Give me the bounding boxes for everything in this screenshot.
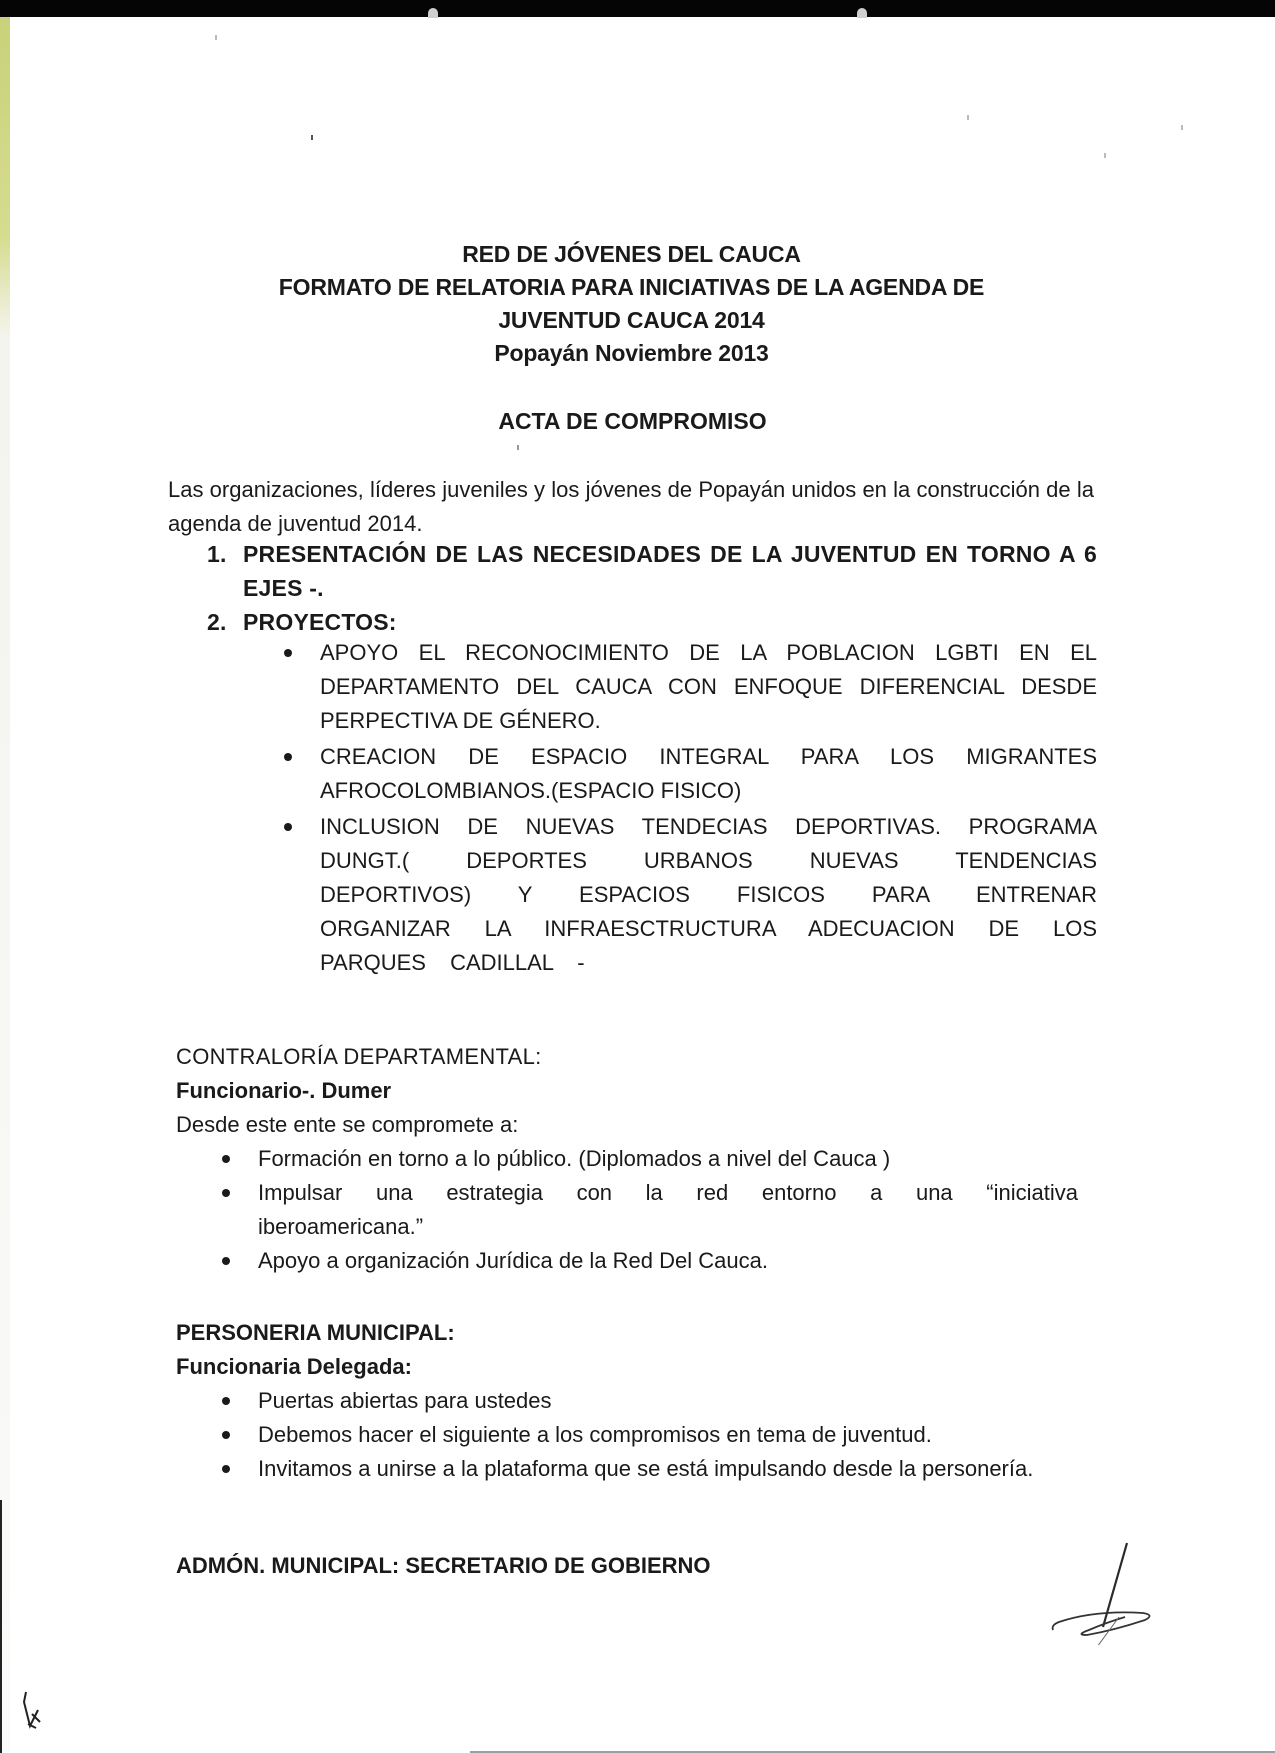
commitment-text: Puertas abiertas para ustedes: [258, 1388, 552, 1413]
section-title: ADMÓN. MUNICIPAL: SECRETARIO DE GOBIERNO: [176, 1549, 1106, 1583]
item-text: PRESENTACIÓN DE LAS NECESIDADES DE LA JU…: [243, 537, 1097, 605]
project-text: CREACION DE ESPACIO INTEGRAL PARA LOS MI…: [320, 744, 1097, 803]
project-text: INCLUSION DE NUEVAS TENDECIAS DEPORTIVAS…: [320, 814, 1097, 975]
numbered-item: 2. PROYECTOS:: [207, 605, 1097, 639]
item-number: 2.: [207, 605, 227, 639]
bullet-icon: [284, 823, 292, 831]
document-header: RED DE JÓVENES DEL CAUCA FORMATO DE RELA…: [0, 238, 1275, 370]
bullet-icon: [222, 1257, 230, 1265]
section-title: CONTRALORÍA DEPARTAMENTAL:: [176, 1040, 1106, 1074]
document-page: RED DE JÓVENES DEL CAUCA FORMATO DE RELA…: [0, 0, 1275, 1753]
commitments-list: Formación en torno a lo público. (Diplom…: [218, 1142, 1078, 1278]
document-title-cont: JUVENTUD CAUCA 2014: [0, 304, 1269, 337]
section-official: Funcionaria Delegada:: [176, 1350, 1106, 1384]
item-number: 1.: [207, 537, 227, 571]
project-item: CREACION DE ESPACIO INTEGRAL PARA LOS MI…: [280, 740, 1097, 808]
commitment-text: Invitamos a unirse a la plataforma que s…: [258, 1456, 1033, 1481]
document-title: FORMATO DE RELATORIA PARA INICIATIVAS DE…: [0, 271, 1269, 304]
projects-list: APOYO EL RECONOCIMIENTO DE LA POBLACION …: [280, 636, 1097, 982]
section-admon-municipal: ADMÓN. MUNICIPAL: SECRETARIO DE GOBIERNO: [176, 1549, 1106, 1583]
bullet-icon: [284, 649, 292, 657]
bullet-icon: [222, 1189, 230, 1197]
place-date: Popayán Noviembre 2013: [0, 337, 1269, 370]
commitment-text: Formación en torno a lo público. (Diplom…: [258, 1146, 890, 1171]
project-item: INCLUSION DE NUEVAS TENDECIAS DEPORTIVAS…: [280, 810, 1097, 980]
commitment-item: Debemos hacer el siguiente a los comprom…: [218, 1418, 1078, 1452]
bullet-icon: [284, 753, 292, 761]
commitment-item: Puertas abiertas para ustedes: [218, 1384, 1078, 1418]
section-title: PERSONERIA MUNICIPAL:: [176, 1316, 1106, 1350]
bullet-icon: [222, 1465, 230, 1473]
bullet-icon: [222, 1431, 230, 1439]
bullet-icon: [222, 1155, 230, 1163]
commitment-text: Debemos hacer el siguiente a los comprom…: [258, 1422, 932, 1447]
initials-icon: [20, 1690, 46, 1732]
section-personeria: PERSONERIA MUNICIPAL: Funcionaria Delega…: [176, 1316, 1106, 1486]
bullet-icon: [222, 1397, 230, 1405]
organization-name: RED DE JÓVENES DEL CAUCA: [0, 238, 1269, 271]
commitments-list: Puertas abiertas para ustedes Debemos ha…: [218, 1384, 1078, 1486]
project-item: APOYO EL RECONOCIMIENTO DE LA POBLACION …: [280, 636, 1097, 738]
section-lead: Desde este ente se compromete a:: [176, 1108, 1106, 1142]
commitment-item: Apoyo a organización Jurídica de la Red …: [218, 1244, 1078, 1278]
commitment-text: Apoyo a organización Jurídica de la Red …: [258, 1248, 768, 1273]
item-text: PROYECTOS:: [243, 605, 1097, 639]
commitment-item: Formación en torno a lo público. (Diplom…: [218, 1142, 1078, 1176]
acta-title: ACTA DE COMPROMISO: [0, 408, 1270, 435]
commitment-item: Impulsar una estrategia con la red entor…: [218, 1176, 1078, 1244]
numbered-list: 1. PRESENTACIÓN DE LAS NECESIDADES DE LA…: [207, 537, 1097, 639]
commitment-text: Impulsar una estrategia con la red entor…: [258, 1180, 1078, 1239]
section-official: Funcionario-. Dumer: [176, 1074, 1106, 1108]
intro-paragraph: Las organizaciones, líderes juveniles y …: [168, 473, 1094, 541]
signature-icon: [1045, 1535, 1165, 1645]
numbered-item: 1. PRESENTACIÓN DE LAS NECESIDADES DE LA…: [207, 537, 1097, 605]
project-text: APOYO EL RECONOCIMIENTO DE LA POBLACION …: [320, 640, 1097, 733]
commitment-item: Invitamos a unirse a la plataforma que s…: [218, 1452, 1078, 1486]
section-contraloria: CONTRALORÍA DEPARTAMENTAL: Funcionario-.…: [176, 1040, 1106, 1278]
